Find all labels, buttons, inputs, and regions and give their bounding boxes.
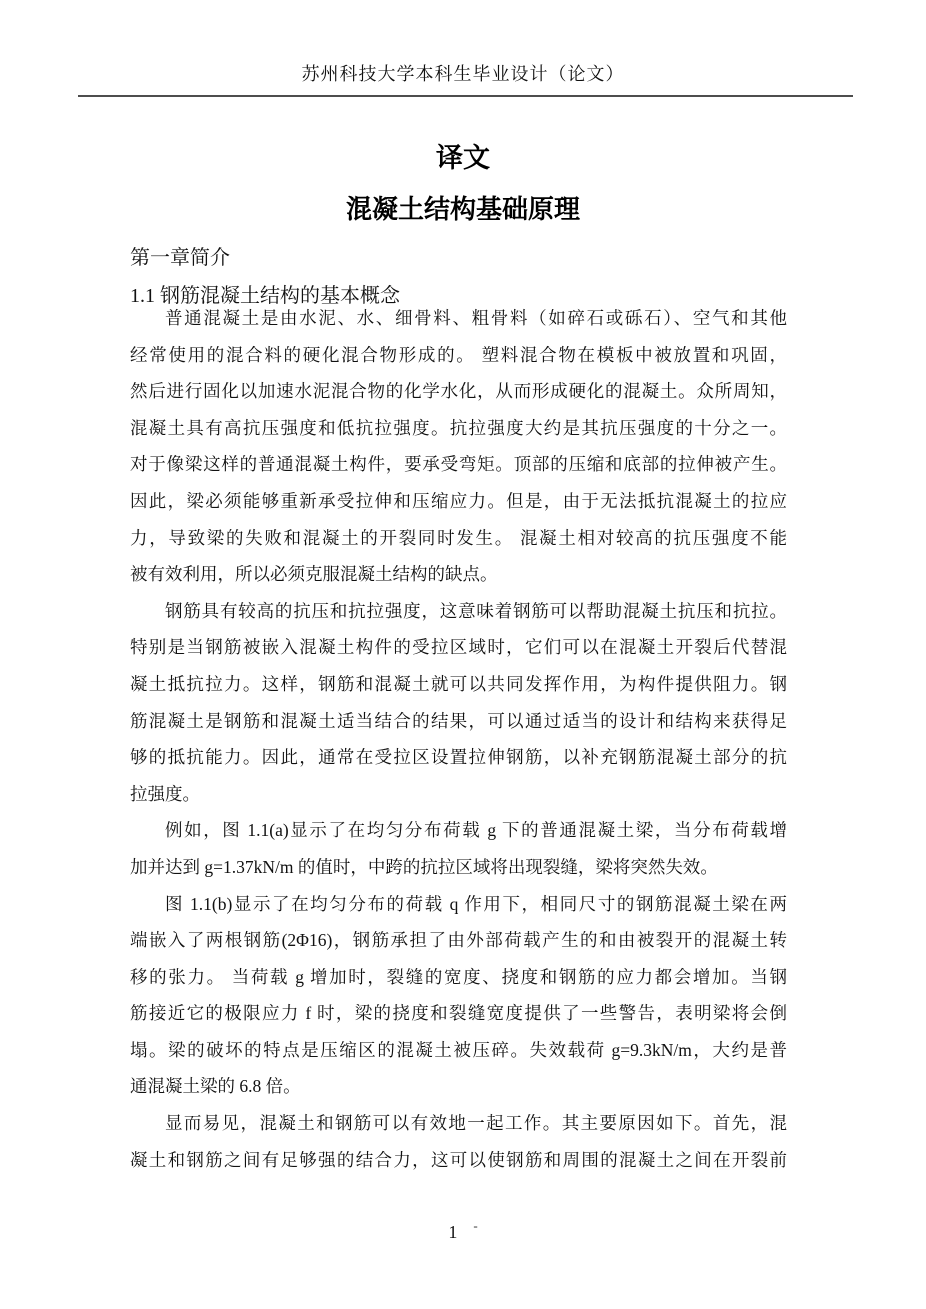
body-line: 筋接近它的极限应力 f 时，梁的挠度和裂缝宽度提供了一些警告，表明梁将会倒: [130, 995, 787, 1032]
body-line: 拉强度。: [130, 776, 787, 813]
body-line: 然后进行固化以加速水泥混合物的化学水化，从而形成硬化的混凝土。众所周知，: [130, 373, 787, 410]
body-line: 凝土抵抗拉力。这样，钢筋和混凝土就可以共同发挥作用，为构件提供阻力。钢: [130, 666, 787, 703]
body-line: 塌。梁的破坏的特点是压缩区的混凝土被压碎。失效载荷 g=9.3kN/m，大约是普: [130, 1032, 787, 1069]
chapter-heading: 第一章简介: [130, 241, 230, 270]
body-line: 因此，梁必须能够重新承受拉伸和压缩应力。但是，由于无法抵抗混凝土的拉应: [130, 483, 787, 520]
body-line: 筋混凝土是钢筋和混凝土适当结合的结果，可以通过适当的设计和结构来获得足: [130, 703, 787, 740]
doc-title: 译文: [0, 136, 926, 175]
page-number: 1: [448, 1222, 457, 1242]
body-line: 加并达到 g=1.37kN/m 的值时，中跨的抗拉区域将出现裂缝，梁将突然失效。: [130, 849, 787, 886]
body-line: 图 1.1(b)显示了在均匀分布的荷载 q 作用下，相同尺寸的钢筋混凝土梁在两: [130, 886, 787, 923]
body-text: 普通混凝土是由水泥、水、细骨料、粗骨料（如碎石或砾石）、空气和其他经常使用的混合…: [130, 300, 787, 1178]
body-line: 够的抵抗能力。因此，通常在受拉区设置拉伸钢筋，以补充钢筋混凝土部分的抗: [130, 739, 787, 776]
body-line: 对于像梁这样的普通混凝土构件，要承受弯矩。顶部的压缩和底部的拉伸被产生。: [130, 446, 787, 483]
body-line: 钢筋具有较高的抗压和抗拉强度，这意味着钢筋可以帮助混凝土抗压和抗拉。: [130, 593, 787, 630]
body-line: 显而易见，混凝土和钢筋可以有效地一起工作。其主要原因如下。首先，混: [130, 1105, 787, 1142]
header-running-title: 苏州科技大学本科生毕业设计（论文）: [0, 60, 926, 86]
doc-subtitle: 混凝土结构基础原理: [0, 189, 926, 226]
body-line: 凝土和钢筋之间有足够强的结合力，这可以使钢筋和周围的混凝土之间在开裂前: [130, 1142, 787, 1179]
document-page: 苏州科技大学本科生毕业设计（论文） 译文 混凝土结构基础原理 第一章简介 1.1…: [0, 0, 926, 1309]
body-line: 通混凝土梁的 6.8 倍。: [130, 1068, 787, 1105]
body-line: 特别是当钢筋被嵌入混凝土构件的受拉区域时，它们可以在混凝土开裂后代替混: [130, 629, 787, 666]
body-line: 力，导致梁的失败和混凝土的开裂同时发生。 混凝土相对较高的抗压强度不能: [130, 520, 787, 557]
page-footer: 1-: [0, 1218, 926, 1243]
body-line: 端嵌入了两根钢筋(2Φ16)，钢筋承担了由外部荷载产生的和由被裂开的混凝土转: [130, 922, 787, 959]
body-line: 移的张力。 当荷载 g 增加时，裂缝的宽度、挠度和钢筋的应力都会增加。当钢: [130, 959, 787, 996]
body-line: 混凝土具有高抗压强度和低抗拉强度。抗拉强度大约是其抗压强度的十分之一。: [130, 410, 787, 447]
body-line: 例如，图 1.1(a)显示了在均匀分布荷载 g 下的普通混凝土梁，当分布荷载增: [130, 812, 787, 849]
footer-dash: -: [473, 1218, 477, 1234]
header-rule: [78, 95, 853, 97]
body-line: 经常使用的混合料的硬化混合物形成的。 塑料混合物在模板中被放置和巩固，: [130, 337, 787, 374]
body-line: 被有效利用，所以必须克服混凝土结构的缺点。: [130, 556, 787, 593]
body-line: 普通混凝土是由水泥、水、细骨料、粗骨料（如碎石或砾石）、空气和其他: [130, 300, 787, 337]
